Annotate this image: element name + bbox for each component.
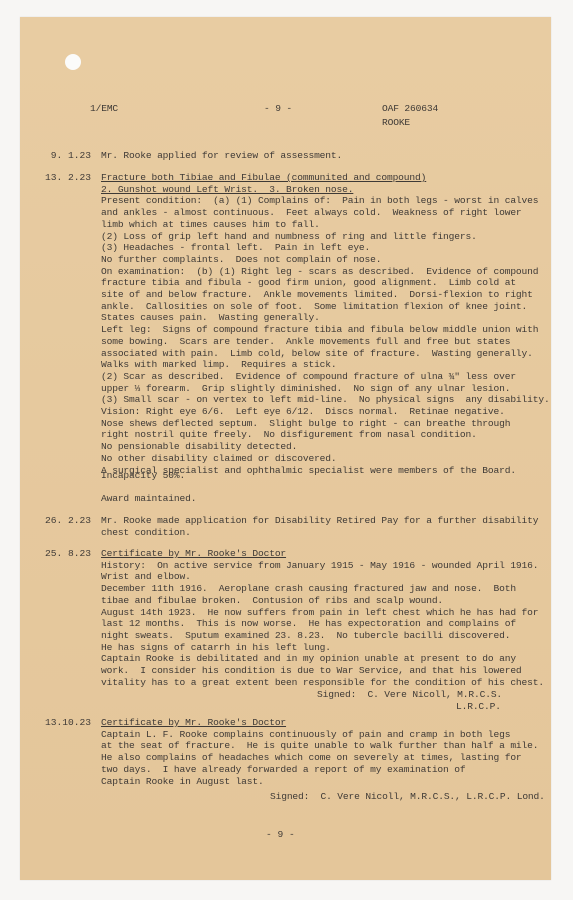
entry-line: He also complains of headaches which com… bbox=[101, 752, 551, 764]
header-page-number: - 9 - bbox=[264, 103, 292, 115]
entry-line: work. I consider his condition is due to… bbox=[101, 665, 551, 677]
entry-heading: Fracture both Tibiae and Fibulae (commun… bbox=[101, 172, 551, 184]
entry-line: He has signs of catarrh in his left lung… bbox=[101, 642, 551, 654]
entry-line: (3) Small scar - on vertex to left mid-l… bbox=[101, 394, 551, 406]
entry-line: at the seat of fracture. He is quite una… bbox=[101, 740, 551, 752]
footer-page-number: - 9 - bbox=[266, 829, 295, 840]
entry-body: Certificate by Mr. Rooke's Doctor Histor… bbox=[101, 548, 551, 688]
entry-subheading: 2. Gunshot wound Left Wrist. 3. Broken n… bbox=[101, 184, 551, 196]
entry-line: Vision: Right eye 6/6. Left eye 6/12. Di… bbox=[101, 406, 551, 418]
entry-line: Captain Rooke in August last. bbox=[101, 776, 551, 788]
entry-line: December 11th 1916. Aeroplane crash caus… bbox=[101, 583, 551, 595]
entry-line: No further complaints. Does not complain… bbox=[101, 254, 551, 266]
entry-line: chest condition. bbox=[101, 527, 551, 539]
entry-line: (2) Scar as described. Evidence of compo… bbox=[101, 371, 551, 383]
entry-line: (2) Loss of grip left hand and numbness … bbox=[101, 231, 551, 243]
entry-line: associated with pain. Limb cold, below s… bbox=[101, 348, 551, 360]
entry-line: two days. I have already forwarded a rep… bbox=[101, 764, 551, 776]
entry-line: On examination: (b) (1) Right leg - scar… bbox=[101, 266, 551, 278]
entry-line: Left leg: Signs of compound fracture tib… bbox=[101, 324, 551, 336]
signature-qualification: L.R.C.P. bbox=[456, 701, 501, 713]
entry-body: Fracture both Tibiae and Fibulae (commun… bbox=[101, 172, 551, 476]
entry-date: 13. 2.23 bbox=[31, 172, 91, 184]
punch-hole bbox=[65, 54, 81, 70]
entry-line: Wrist and elbow. bbox=[101, 571, 551, 583]
entry-line: tibae and fibulae broken. Contusion of r… bbox=[101, 595, 551, 607]
signature-line: Signed: C. Vere Nicoll, M.R.C.S., L.R.C.… bbox=[270, 791, 545, 803]
entry-line: Mr. Rooke made application for Disabilit… bbox=[101, 515, 551, 527]
entry-line: right nostril quite freely. No disfigure… bbox=[101, 429, 551, 441]
entry-date: 26. 2.23 bbox=[31, 515, 91, 527]
entry-line: Captain Rooke is debilitated and in my o… bbox=[101, 653, 551, 665]
entry-line: limb which at times causes him to fall. bbox=[101, 219, 551, 231]
entry-date: 9. 1.23 bbox=[31, 150, 91, 162]
entry-body: Mr. Rooke made application for Disabilit… bbox=[101, 515, 551, 538]
entry-line: Present condition: (a) (1) Complains of:… bbox=[101, 195, 551, 207]
entry-line: History: On active service from January … bbox=[101, 560, 551, 572]
entry-line: Nose shews deflected septum. Slight bulg… bbox=[101, 418, 551, 430]
entry-line: some bowing. Scars are tender. Ankle mov… bbox=[101, 336, 551, 348]
entry-line: States causes pain. Wasting generally. bbox=[101, 312, 551, 324]
entry-line: Captain L. F. Rooke complains continuous… bbox=[101, 729, 551, 741]
entry-line: Walks with marked limp. Requires a stick… bbox=[101, 359, 551, 371]
entry-date: 25. 8.23 bbox=[31, 548, 91, 560]
award-note: Award maintained. bbox=[101, 493, 196, 505]
surname: ROOKE bbox=[382, 117, 410, 129]
entry-body: Mr. Rooke applied for review of assessme… bbox=[101, 150, 551, 162]
file-number: OAF 260634 bbox=[382, 103, 438, 115]
entry-line: site of and below fracture. Ankle moveme… bbox=[101, 289, 551, 301]
entry-line: fracture tibia and fibula - good firm un… bbox=[101, 277, 551, 289]
entry-body: Certificate by Mr. Rooke's Doctor Captai… bbox=[101, 717, 551, 787]
reference-code: 1/EMC bbox=[90, 103, 118, 115]
entry-date: 13.10.23 bbox=[31, 717, 91, 729]
entry-line: upper ⅓ forearm. Grip slightly diminishe… bbox=[101, 383, 551, 395]
entry-heading: Certificate by Mr. Rooke's Doctor bbox=[101, 548, 551, 560]
entry-heading: Certificate by Mr. Rooke's Doctor bbox=[101, 717, 551, 729]
entry-line: ankle. Callosities on sole of foot. Some… bbox=[101, 301, 551, 313]
entry-line: night sweats. Sputum examined 23. 8.23. … bbox=[101, 630, 551, 642]
entry-line: (3) Headaches - frontal left. Pain in le… bbox=[101, 242, 551, 254]
entry-line: vitality has to a great extent been resp… bbox=[101, 677, 551, 689]
entry-line: No pensionable disability detected. bbox=[101, 441, 551, 453]
incapacity-note: Incapacity 50%. bbox=[101, 470, 185, 482]
signature-line: Signed: C. Vere Nicoll, M.R.C.S. bbox=[317, 689, 502, 701]
entry-line: and ankles - almost continuous. Feet alw… bbox=[101, 207, 551, 219]
entry-line: August 14th 1923. He now suffers from pa… bbox=[101, 607, 551, 619]
entry-line: last 12 months. This is now worse. He ha… bbox=[101, 618, 551, 630]
entry-line: Mr. Rooke applied for review of assessme… bbox=[101, 150, 551, 162]
entry-line: No other disability claimed or discovere… bbox=[101, 453, 551, 465]
